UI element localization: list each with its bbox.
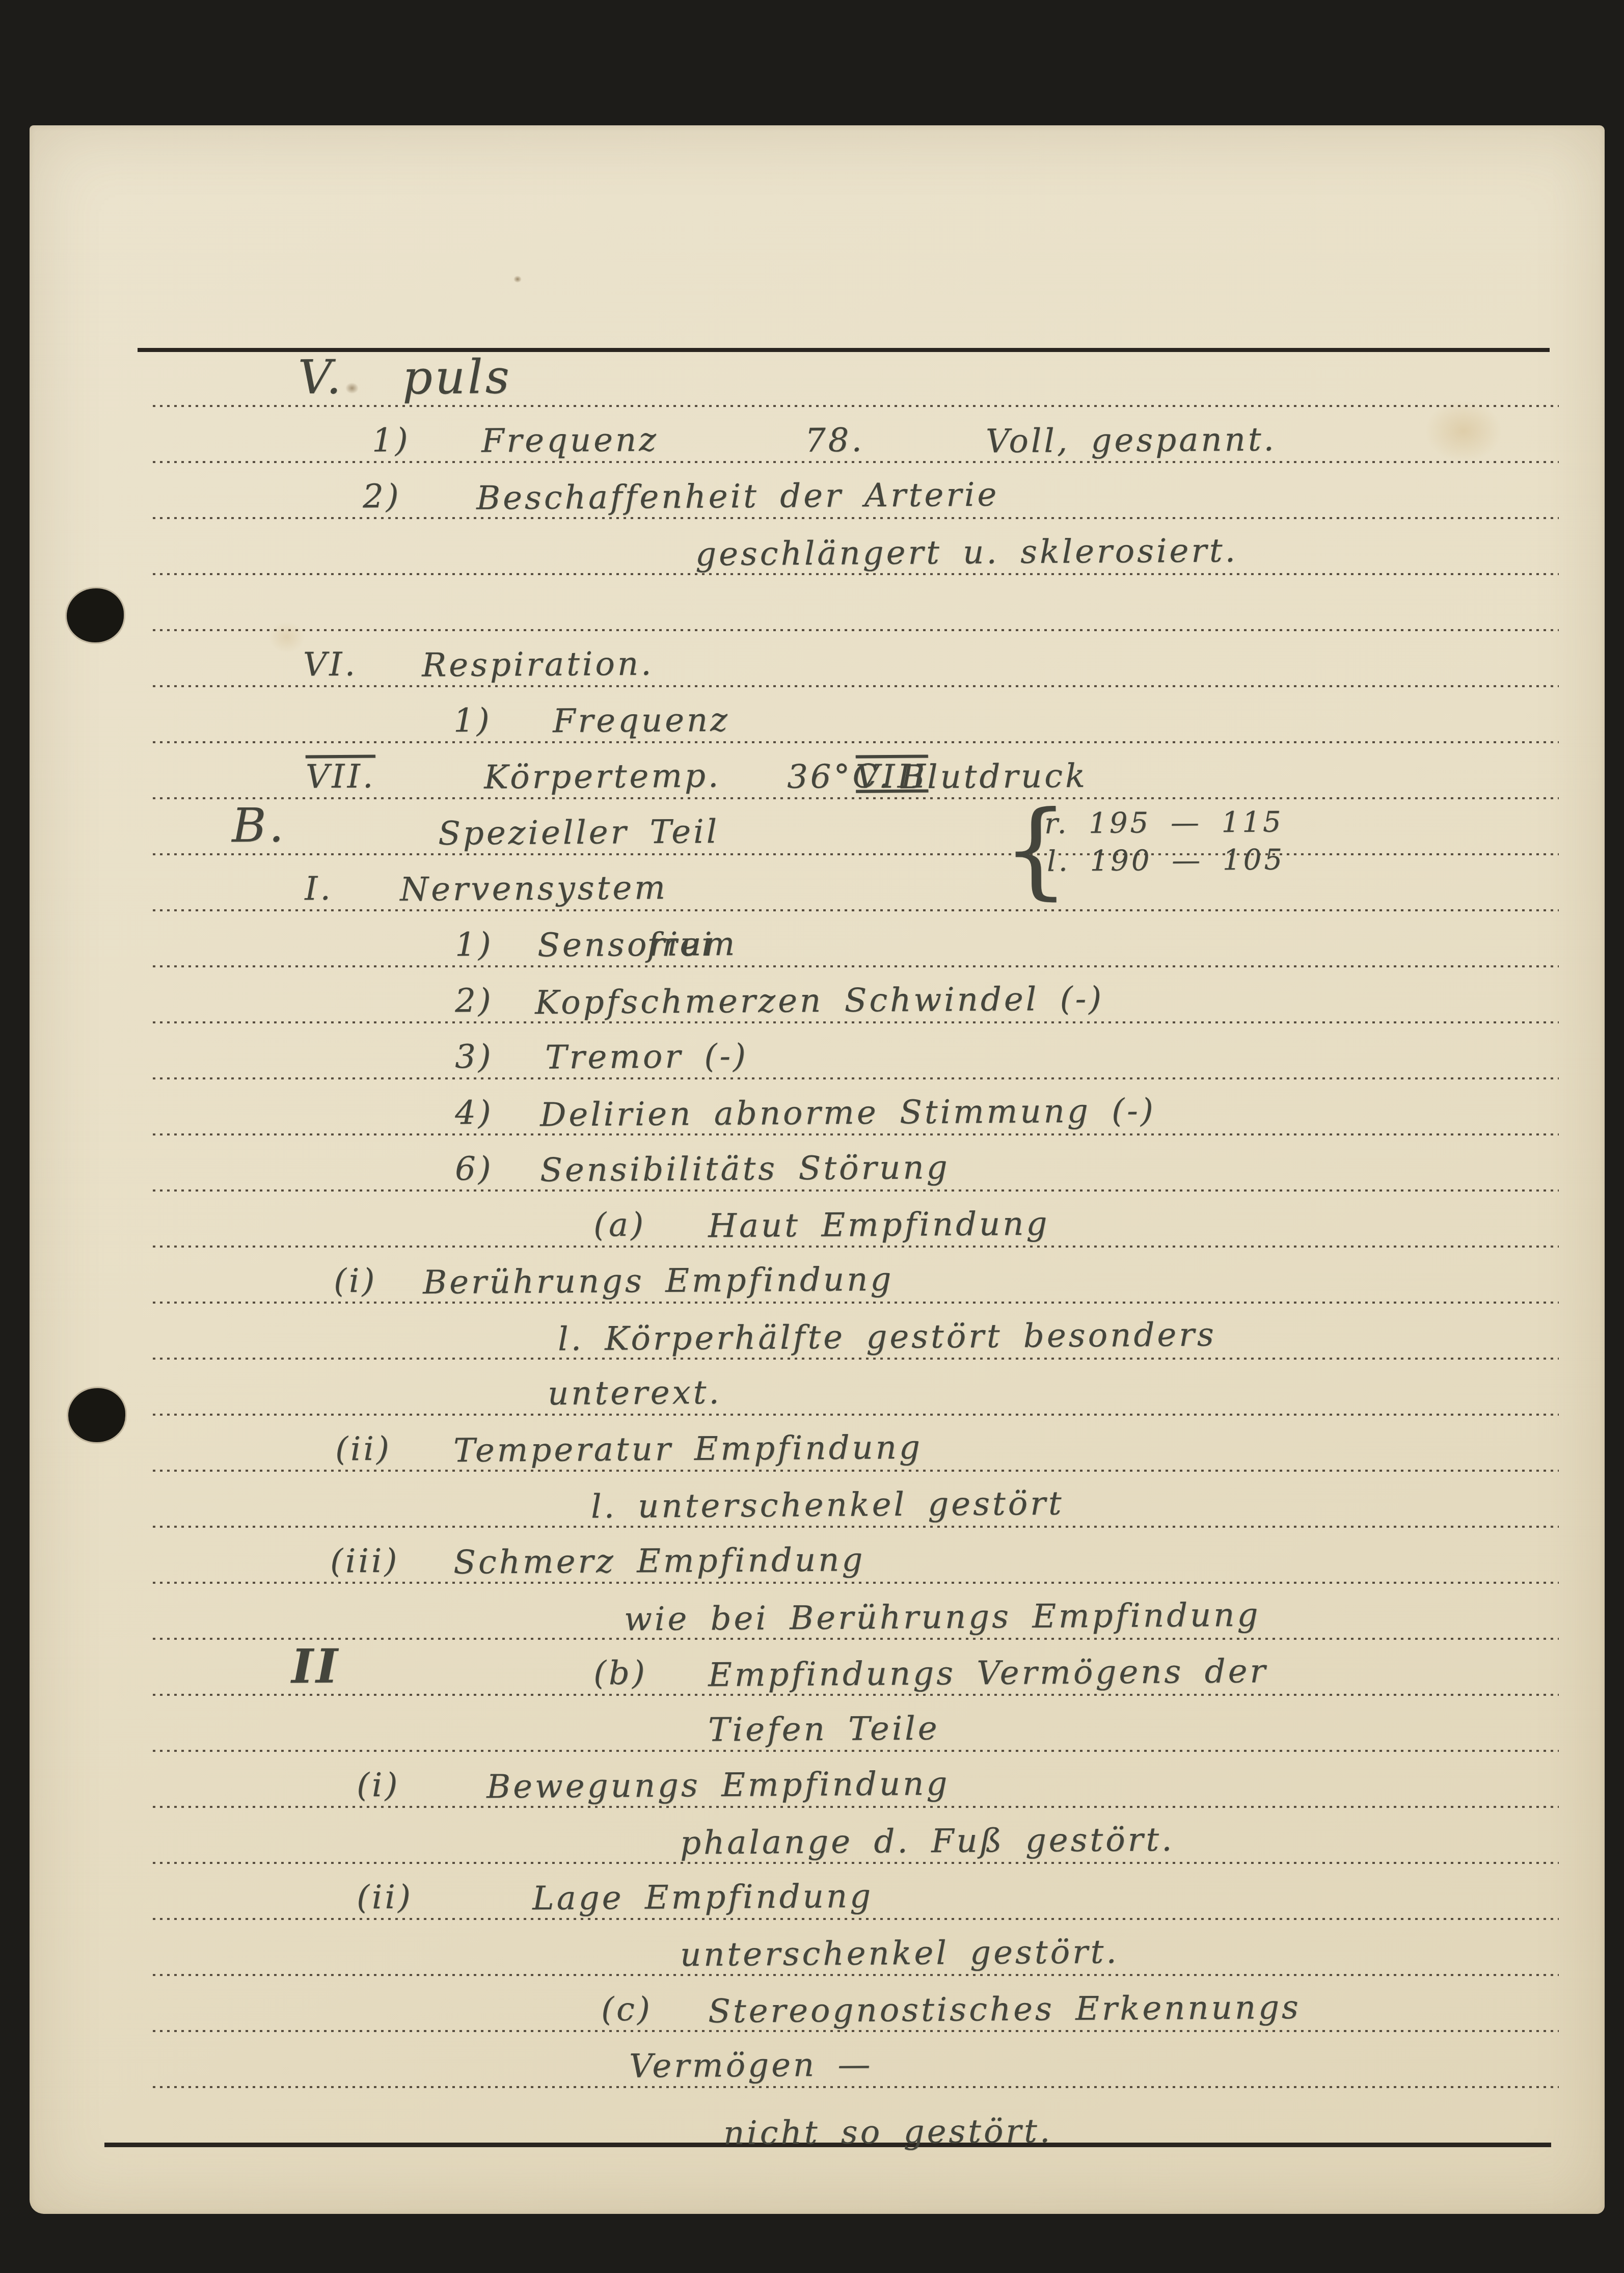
- sub-item-a: (a): [593, 1204, 646, 1247]
- puls-frequenz-label: Frequenz: [481, 419, 659, 463]
- ruled-line: [153, 965, 1559, 967]
- vermoegen-fortsetzung: Vermögen —: [629, 2043, 873, 2088]
- sub-item-ii: (ii): [335, 1428, 392, 1471]
- tiefen-teile: Tiefen Teile: [708, 1707, 940, 1751]
- schluss-befund: nicht so gestört.: [723, 2110, 1053, 2155]
- ruled-line: [153, 909, 1559, 911]
- list-numeral: 2): [363, 475, 401, 519]
- arterie-beschaffenheit: Beschaffenheit der Arterie: [476, 473, 999, 520]
- section-vi-numeral: VI.: [303, 643, 358, 687]
- section-v-numeral: V.: [298, 349, 344, 407]
- sub-item-b: (b): [593, 1652, 647, 1695]
- list-numeral: 6): [455, 1148, 494, 1191]
- temperatur-empfindung: Temperatur Empfindung: [453, 1426, 923, 1472]
- sub-item-c: (c): [601, 1988, 653, 2032]
- nervensystem-title: Nervensystem: [400, 867, 668, 911]
- unterschenkel-befund: l. unterschenkel gestört: [591, 1482, 1064, 1528]
- section-b-numeral: B.: [232, 797, 287, 855]
- respiration-frequenz: Frequenz: [553, 699, 730, 743]
- ruled-line: [153, 629, 1559, 631]
- stain: [269, 622, 305, 653]
- sub-item-ii: (ii): [357, 1876, 413, 1919]
- margin-numeral-ii: II: [291, 1638, 341, 1695]
- ruled-line: [153, 1414, 1559, 1416]
- sensorium-befund: frei: [647, 924, 715, 967]
- schmerz-empfindung: Schmerz Empfindung: [453, 1538, 865, 1584]
- section-vii-numeral: VII.: [306, 755, 376, 799]
- scanned-document: V. puls 1) Frequenz 78. Voll, gespannt. …: [0, 0, 1624, 2273]
- unterschenkel-befund: unterschenkel gestört.: [680, 1931, 1119, 1977]
- punch-hole-top: [67, 588, 124, 642]
- list-numeral: 1): [453, 699, 492, 743]
- bewegungs-empfindung: Bewegungs Empfindung: [486, 1763, 950, 1808]
- blutdruck-links: l. 190 — 105: [1047, 841, 1285, 881]
- blutdruck-rechts: r. 195 — 115: [1044, 803, 1284, 843]
- empfindungs-vermoegen: Empfindungs Vermögens der: [708, 1650, 1268, 1697]
- unterext-befund: unterext.: [548, 1371, 722, 1415]
- schmerz-befund: wie bei Berührungs Empfindung: [624, 1594, 1261, 1641]
- stain: [1425, 400, 1502, 462]
- ruled-line: [153, 1077, 1559, 1079]
- top-rule: [138, 348, 1550, 352]
- stereognost-erkennung: Stereognostisches Erkennungs: [708, 1986, 1301, 2033]
- lage-empfindung: Lage Empfindung: [532, 1875, 874, 1920]
- koerpertemp-label: Körpertemp.: [484, 754, 721, 799]
- sub-item-i: (i): [334, 1260, 377, 1303]
- ruled-line: [153, 2086, 1559, 2088]
- stain: [345, 383, 359, 394]
- tremor-befund: Tremor (-): [545, 1035, 748, 1079]
- list-numeral: 1): [455, 924, 494, 967]
- puls-frequenz-value: 78.: [805, 419, 864, 463]
- koerperhaelfte-befund: l. Körperhälfte gestört besonders: [558, 1313, 1216, 1361]
- section-b-title: Spezieller Teil: [438, 810, 720, 855]
- list-numeral: 2): [455, 980, 494, 1023]
- puls-qualitaet: Voll, gespannt.: [986, 418, 1277, 463]
- arterie-befund: geschlängert u. sklerosiert.: [695, 529, 1238, 576]
- kopfschmerzen-schwindel: Kopfschmerzen Schwindel (-): [535, 978, 1104, 1024]
- list-numeral: 1): [372, 419, 411, 463]
- list-numeral: 3): [455, 1036, 494, 1079]
- beruehrungs-empfindung: Berührungs Empfindung: [423, 1258, 894, 1304]
- stain: [513, 276, 522, 283]
- section-i-numeral: I.: [305, 868, 333, 910]
- delirien-stimmung: Delirien abnorme Stimmung (-): [540, 1090, 1156, 1136]
- section-v-title-puls: puls: [402, 348, 512, 406]
- ruled-line: [153, 741, 1559, 743]
- list-numeral: 4): [455, 1092, 494, 1135]
- ruled-line: [153, 685, 1559, 687]
- sub-item-i: (i): [357, 1764, 400, 1807]
- ruled-line: [153, 853, 1559, 855]
- haut-empfindung: Haut Empfindung: [708, 1203, 1050, 1248]
- sensibilitaets-stoerung: Sensibilitäts Störung: [540, 1146, 950, 1192]
- ruled-line: [153, 405, 1559, 407]
- phalange-fuss-befund: phalange d. Fuß gestört.: [680, 1819, 1175, 1865]
- ruled-line: [153, 1189, 1559, 1192]
- punch-hole-bottom: [68, 1388, 125, 1442]
- section-vi-title: Respiration.: [422, 642, 654, 687]
- sub-item-iii: (iii): [330, 1540, 400, 1583]
